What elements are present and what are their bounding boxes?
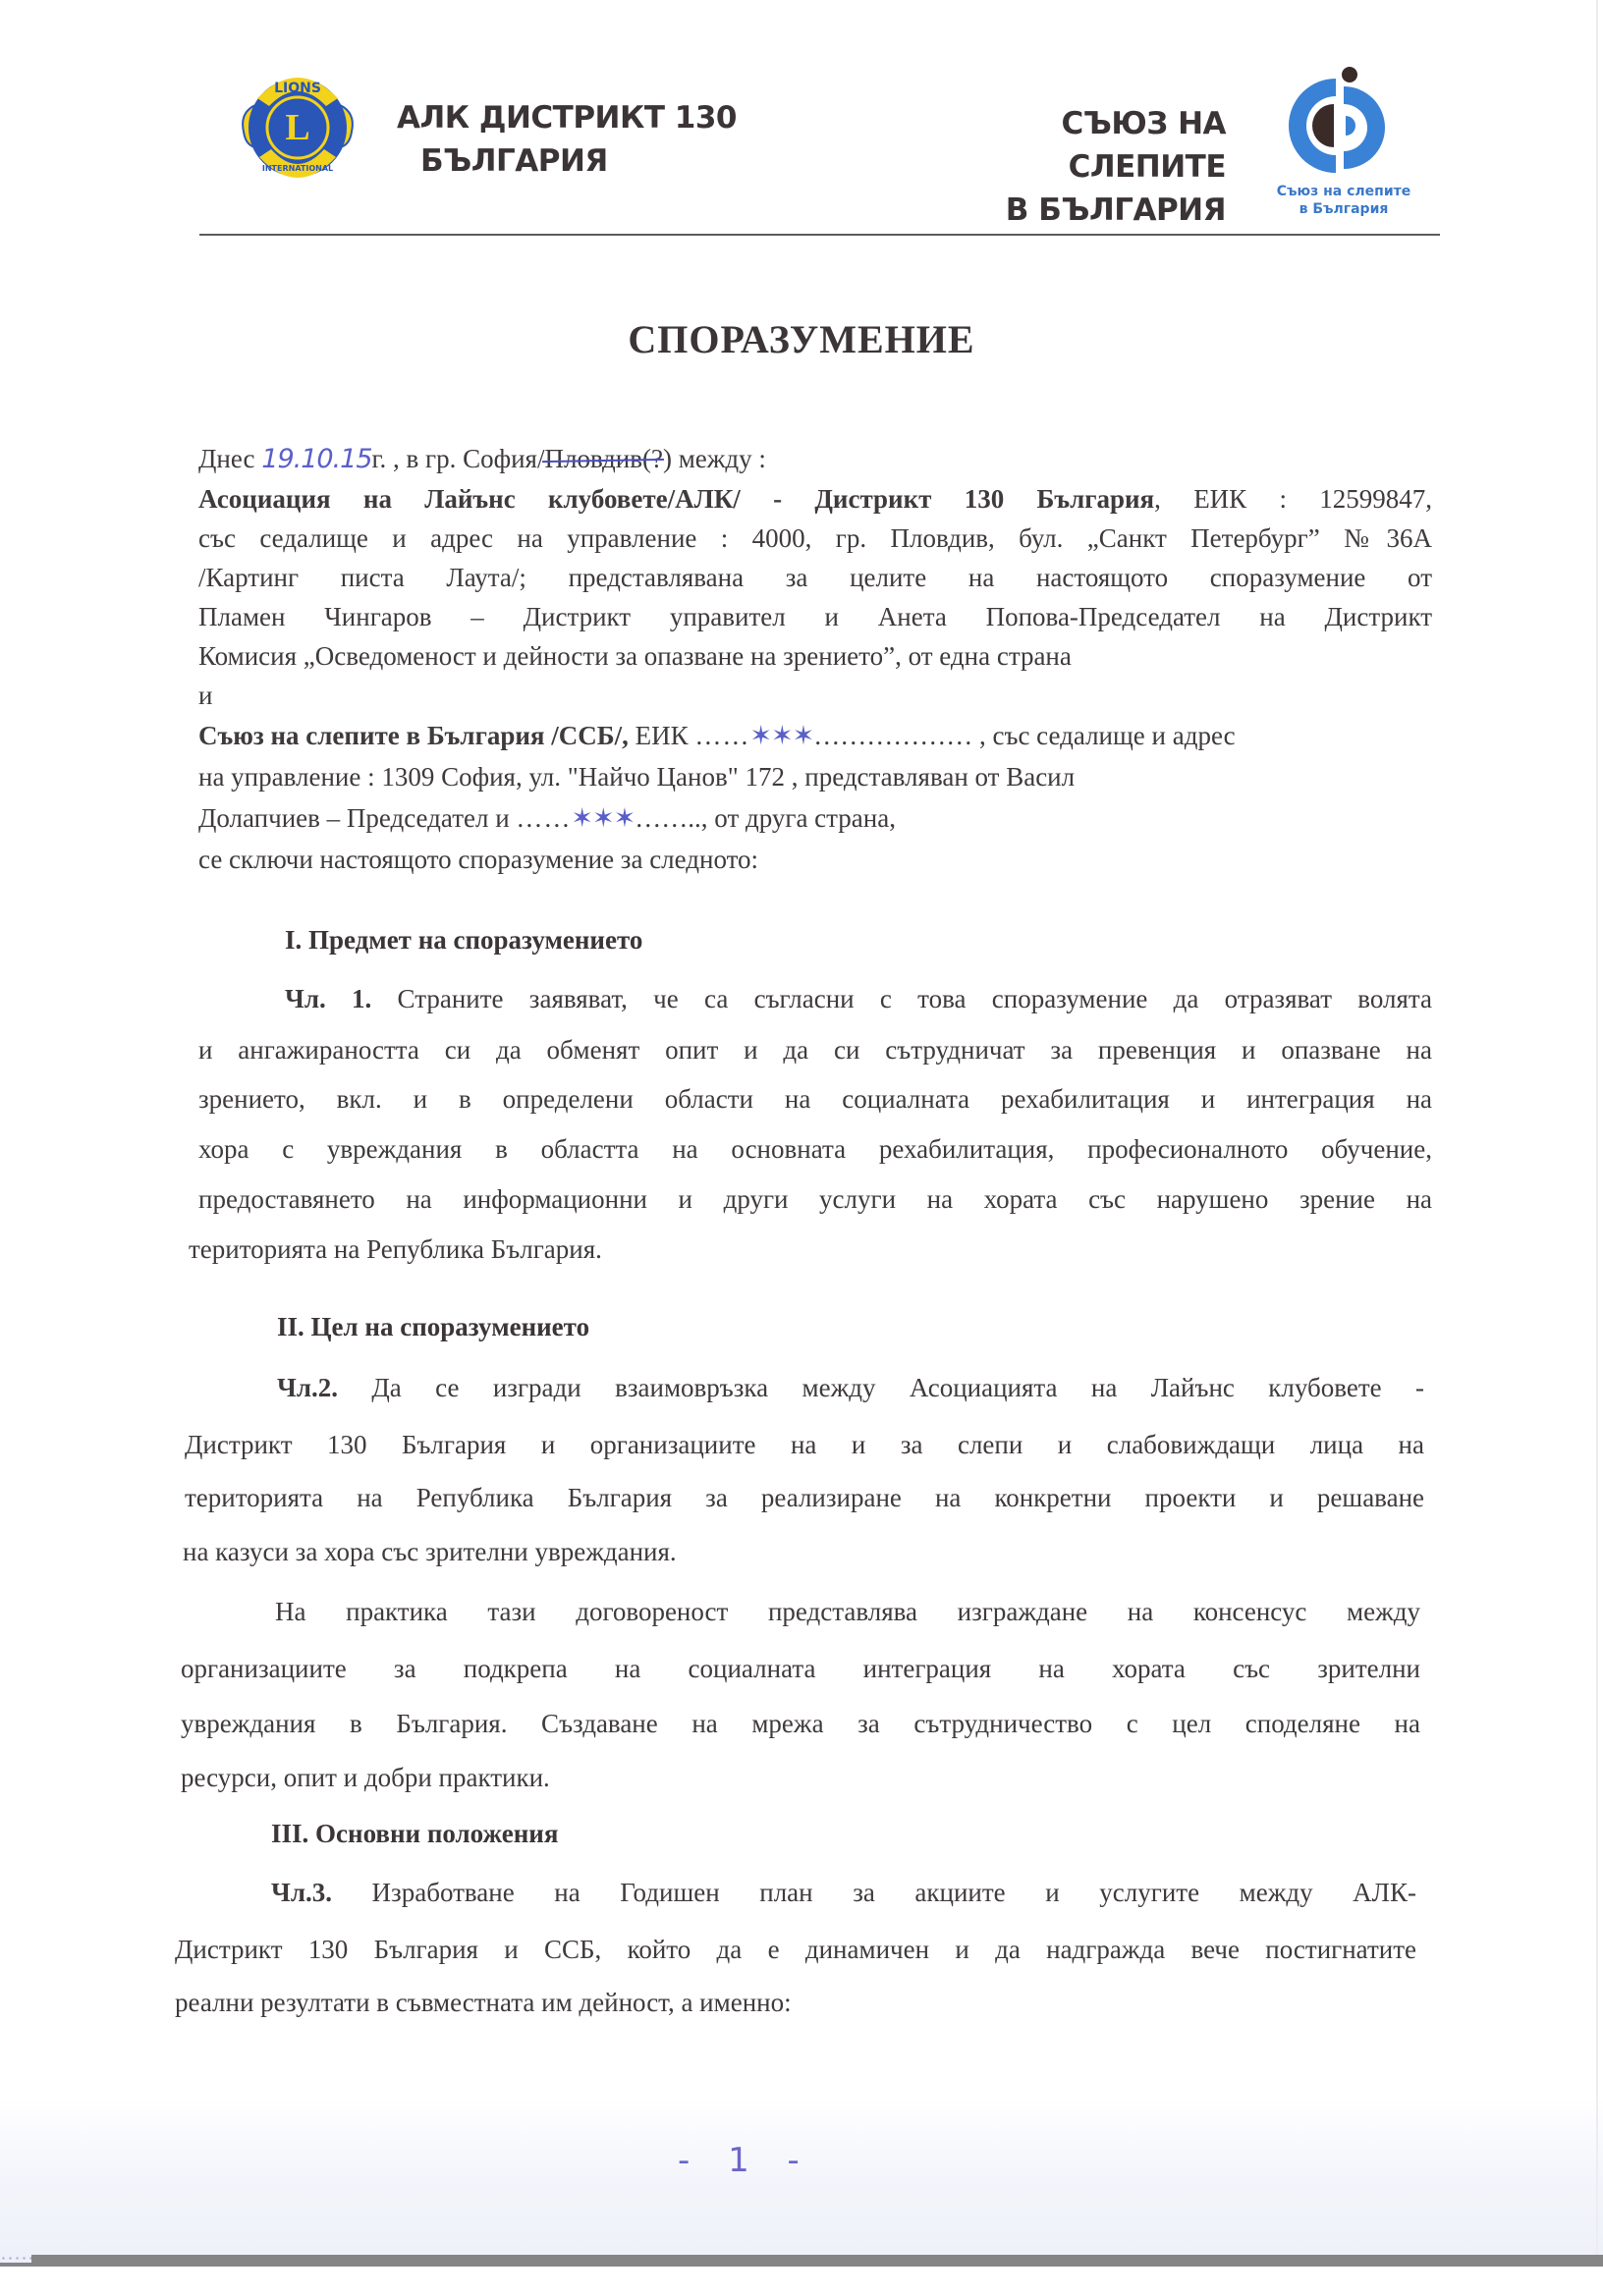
lions-international-logo-icon: L LIONS INTERNATIONAL (236, 63, 359, 189)
article-1-line2: и ангажираността си да обменят опит и да… (198, 1035, 1432, 1066)
struck-city: Пловдив(? (544, 444, 662, 473)
svg-text:L: L (285, 107, 309, 148)
ssb-heading: СЪЮЗ НА СЛЕПИТЕ В БЪЛГАРИЯ (906, 102, 1226, 232)
article-3-text: Изработване на Годишен план за акциите и… (332, 1878, 1416, 1907)
party2-line1: Съюз на слепите в България /ССБ/, ЕИК ……… (198, 721, 1236, 751)
handwritten-eik-mark: ✶✶✶ (749, 721, 813, 751)
article-2-label: Чл.2. (277, 1373, 338, 1402)
eik-suffix: ……………… , със седалище и адрес (813, 721, 1235, 750)
article-2-line4: на казуси за хора със зрителни увреждани… (183, 1537, 677, 1567)
article-2-line2: Дистрикт 130 България и организациите на… (185, 1430, 1424, 1460)
svg-text:INTERNATIONAL: INTERNATIONAL (262, 164, 333, 173)
article-1-line6: територията на Република България. (189, 1234, 602, 1265)
date-prefix: Днес (198, 444, 261, 473)
article-3-line1: Чл.3. Изработване на Годишен план за акц… (177, 1878, 1416, 1908)
section-1-heading: I. Предмет на споразумението (285, 925, 642, 956)
article-1-line5: предоставянето на информационни и други … (198, 1184, 1432, 1215)
eik-dots: …… (694, 721, 749, 750)
section-3-heading: III. Основни положения (271, 1819, 558, 1849)
scanner-artifact (0, 2255, 31, 2263)
section-2-heading: II. Цел на споразумението (277, 1312, 589, 1342)
handwritten-rep-mark: ✶✶✶ (571, 803, 635, 834)
between-label: ) между : (663, 444, 766, 473)
article-2-line3: територията на Република България за реа… (185, 1483, 1424, 1513)
article-3-line3: реални резултати в съвместната им дейнос… (175, 1988, 792, 2018)
handwritten-page-number: - 1 - (678, 2141, 813, 2180)
article-1-label: Чл. 1. (285, 984, 371, 1013)
ssb-logo-caption: Съюз на слепите в България (1245, 183, 1442, 218)
article-1-line3: зрението, вкл. и в определени области на… (198, 1084, 1432, 1115)
date-suffix: г. , в гр. София/ (372, 444, 545, 473)
article-2-para2-line3: увреждания в България. Създаване на мреж… (181, 1709, 1420, 1739)
lions-district-line2: БЪЛГАРИЯ (397, 139, 737, 183)
article-3-line2: Дистрикт 130 България и ССБ, който да е … (175, 1935, 1416, 1965)
article-1-text: Страните заявяват, че са съгласни с това… (371, 984, 1432, 1013)
scanner-border (0, 2255, 1603, 2267)
ssb-caption-line1: Съюз на слепите (1245, 183, 1442, 200)
ssb-caption-line2: в България (1245, 200, 1442, 218)
and-word: и (198, 681, 212, 711)
article-2-para2-line2: организациите за подкрепа на социалната … (181, 1654, 1420, 1684)
ssb-heading-line1: СЪЮЗ НА СЛЕПИТЕ (906, 102, 1226, 189)
article-2-para2-line1: На практика тази договореност представля… (181, 1597, 1420, 1627)
handwritten-date: 19.10.15 (261, 444, 371, 474)
party2-line3: Долапчиев – Председател и ……✶✶✶…….., от … (198, 803, 896, 834)
document-title: СПОРАЗУМЕНИЕ (0, 316, 1603, 362)
party1-line4: Пламен Чингаров – Дистрикт управител и А… (198, 602, 1432, 632)
article-1-line1: Чл. 1. Страните заявяват, че са съгласни… (198, 984, 1432, 1014)
party1-eik: , ЕИК : 12599847, (1154, 484, 1432, 514)
representative: Долапчиев – Председател и (198, 803, 516, 833)
party1-line3: /Картинг писта Лаута/; представлявана за… (198, 563, 1432, 593)
party1-name: Асоциация на Лайънс клубовете/АЛК/ - Дис… (198, 484, 1154, 514)
article-2-para2-line4: ресурси, опит и добри практики. (181, 1763, 550, 1793)
rep-dots: …… (516, 803, 571, 833)
lions-district-heading: АЛК ДИСТРИКТ 130 БЪЛГАРИЯ (397, 96, 737, 183)
rep-suffix: …….., от друга страна, (635, 803, 896, 833)
header-divider (199, 234, 1440, 236)
ssb-heading-line2: В БЪЛГАРИЯ (906, 189, 1226, 232)
party1-line1: Асоциация на Лайънс клубовете/АЛК/ - Дис… (198, 484, 1432, 515)
article-2-text: Да се изгради взаимовръзка между Асоциац… (338, 1373, 1424, 1402)
party2-line4: се сключи настоящото споразумение за сле… (198, 845, 758, 875)
lions-district-line1: АЛК ДИСТРИКТ 130 (397, 96, 737, 139)
intro-line: Днес 19.10.15г. , в гр. София/Пловдив(?)… (198, 444, 766, 474)
svg-text:LIONS: LIONS (274, 81, 321, 96)
party2-line2: на управление : 1309 София, ул. "Найчо Ц… (198, 762, 1075, 793)
party1-line5: Комисия „Осведоменост и дейности за опаз… (198, 641, 1072, 672)
article-2-line1: Чл.2. Да се изгради взаимовръзка между А… (187, 1373, 1424, 1403)
party2-name: Съюз на слепите в България /ССБ/, (198, 721, 629, 750)
party2-eik-label: ЕИК (629, 721, 695, 750)
ssb-logo-icon (1277, 65, 1403, 183)
article-3-label: Чл.3. (271, 1878, 332, 1907)
article-1-line4: хора с увреждания в областта на основнат… (198, 1134, 1432, 1165)
party1-line2: със седалище и адрес на управление : 400… (198, 523, 1432, 554)
